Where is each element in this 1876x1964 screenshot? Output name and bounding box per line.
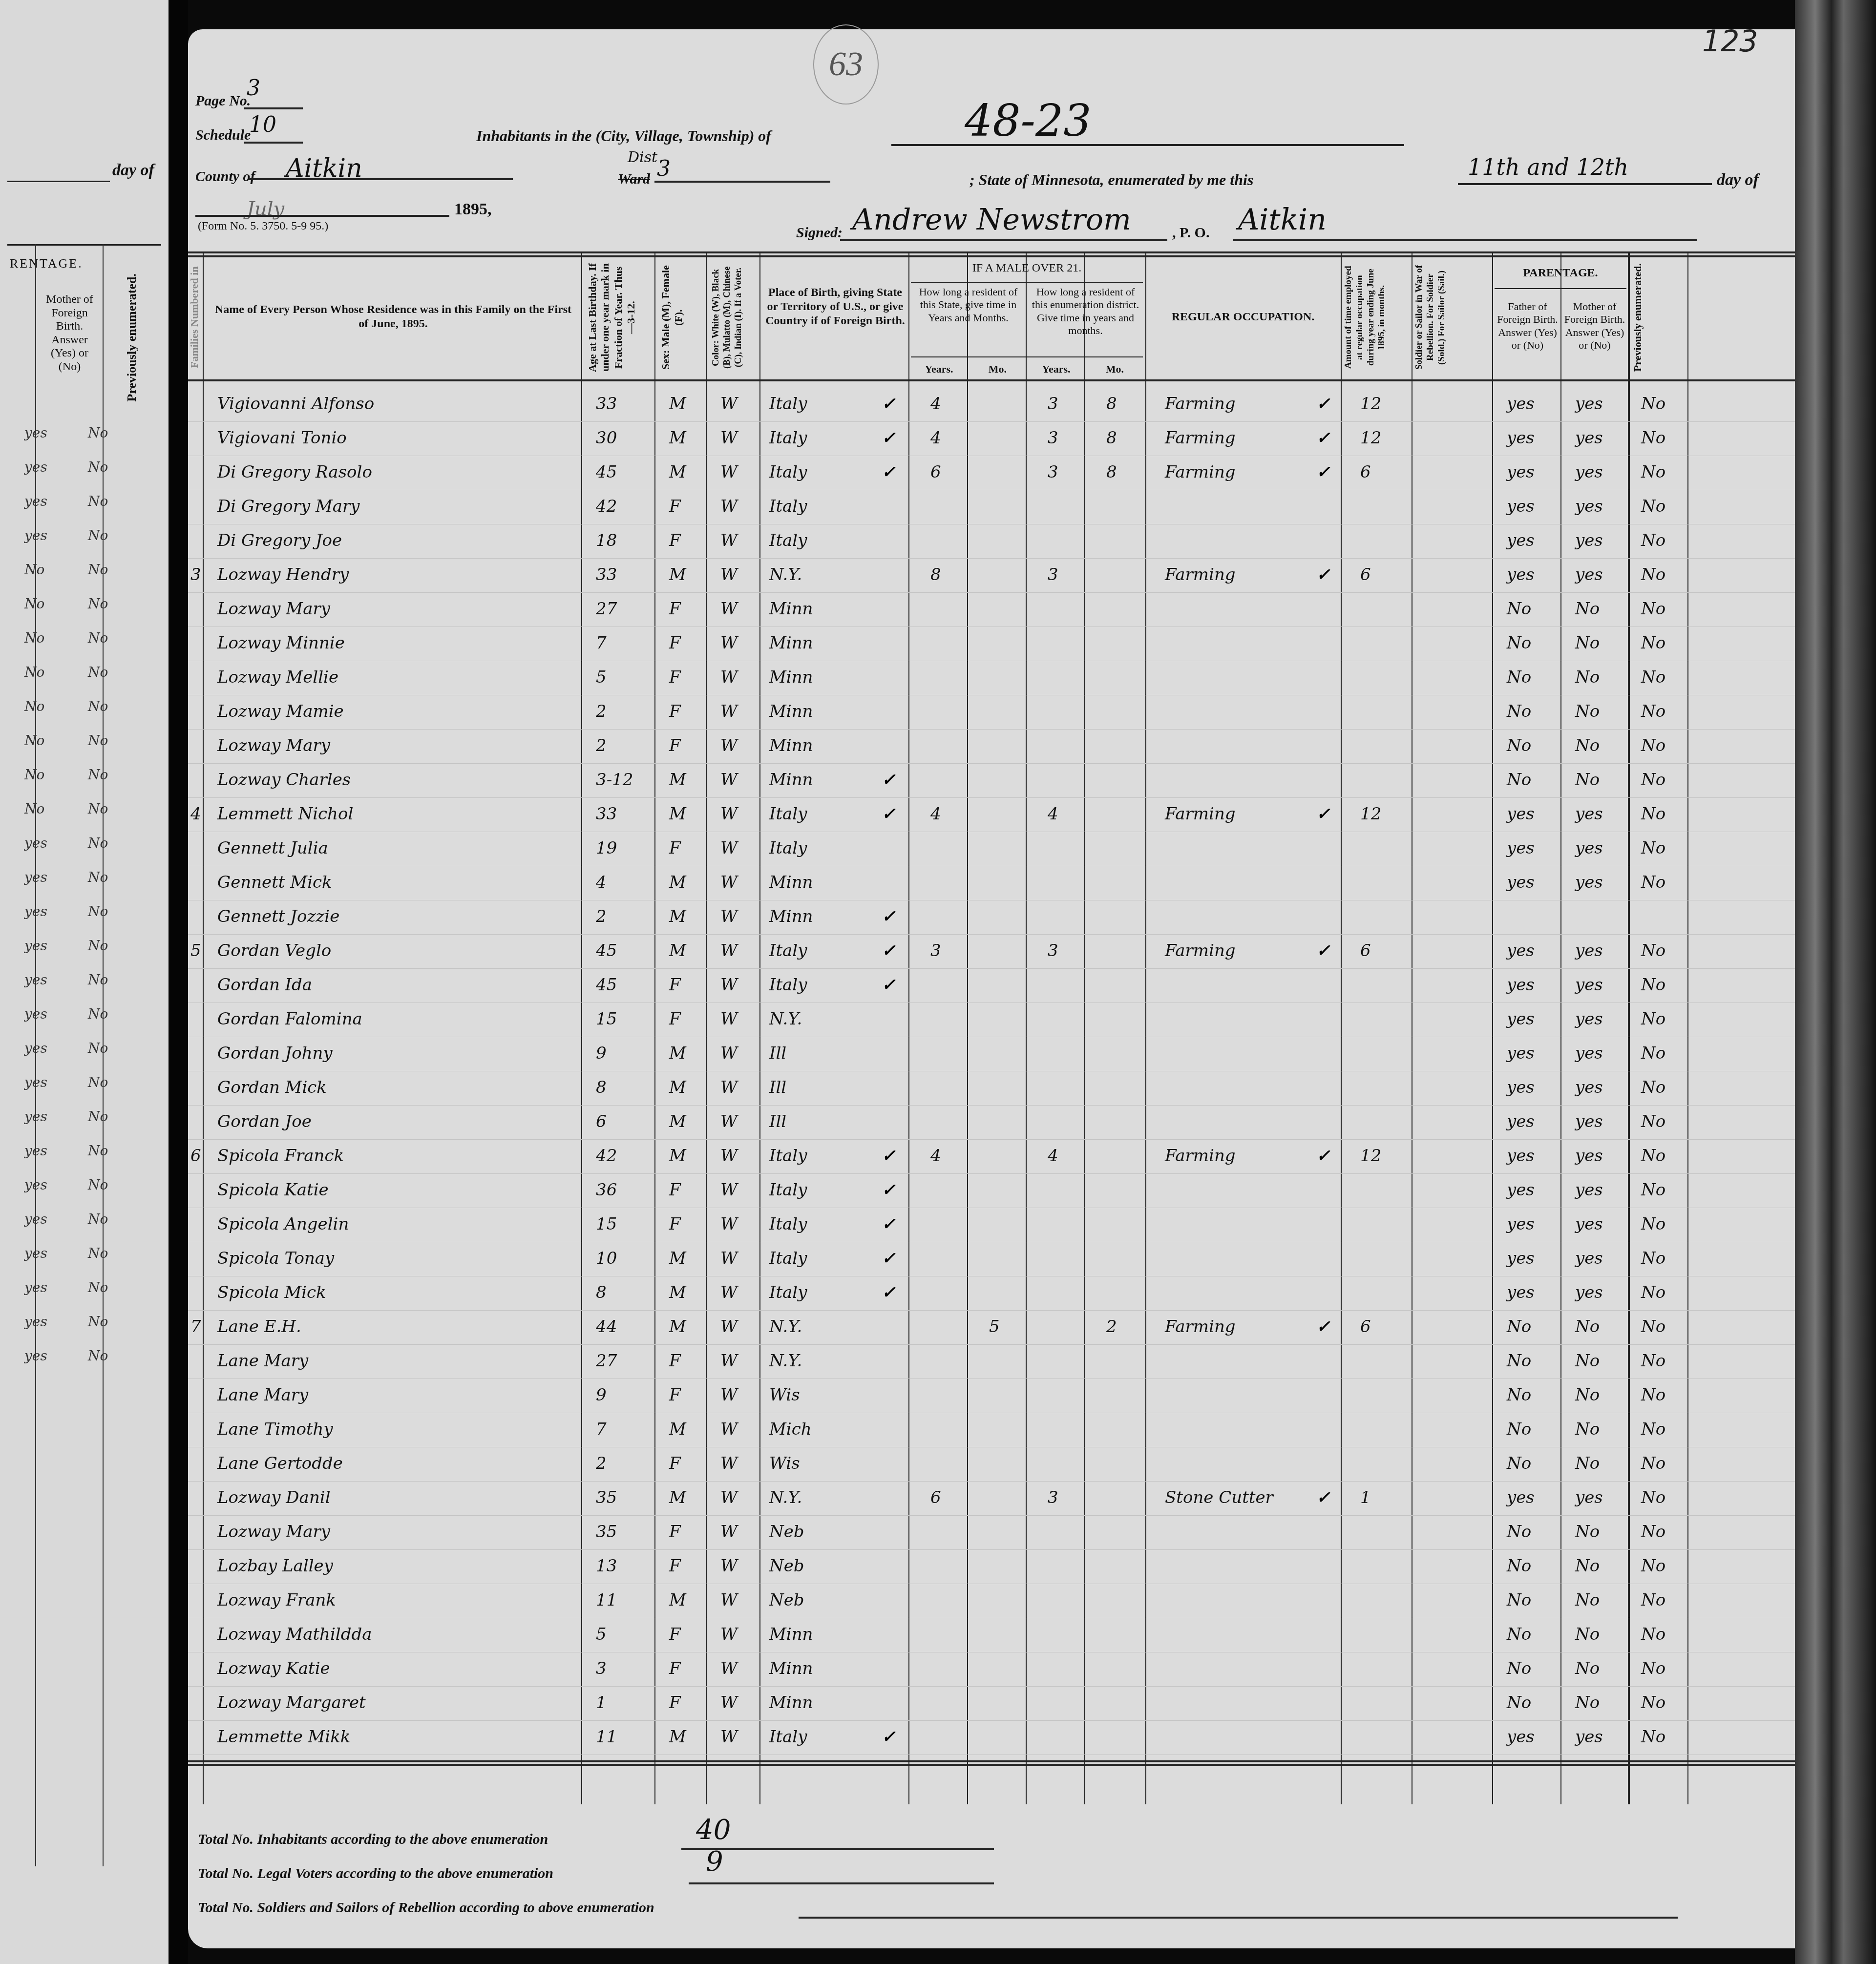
birthplace: Minn	[769, 632, 813, 654]
total-inhabitants-label: Total No. Inhabitants according to the a…	[198, 1831, 548, 1848]
previously-enumerated-header: Previously enumerated.	[1631, 261, 1685, 374]
father-foreign-birth: yes	[1507, 1282, 1535, 1304]
previously-enumerated: No	[78, 801, 142, 835]
birthplace: Italy	[769, 427, 807, 449]
previously-enumerated: No	[78, 1348, 142, 1382]
district-years-header: Years.	[1028, 363, 1084, 376]
previously-enumerated: No	[1641, 1624, 1665, 1646]
father-foreign-birth: No	[1507, 1589, 1531, 1611]
voter-mark: ✓	[882, 1726, 896, 1748]
district-years: 3	[1048, 940, 1058, 962]
total-voters-label: Total No. Legal Voters according to the …	[198, 1865, 553, 1882]
age: 8	[596, 1077, 607, 1099]
mother-foreign-birth: yes	[1575, 974, 1603, 996]
mother-foreign-birth: No	[15, 801, 78, 835]
previously-enumerated: No	[1641, 1658, 1665, 1680]
previously-enumerated: No	[1641, 1350, 1665, 1372]
mother-foreign-birth: yes	[15, 1348, 78, 1382]
sex: F	[669, 735, 681, 757]
birthplace: Wis	[769, 1384, 800, 1406]
previously-enumerated: No	[1641, 1248, 1665, 1270]
color: W	[720, 1726, 738, 1748]
ruled-line	[188, 1276, 1795, 1276]
previously-enumerated: No	[78, 938, 142, 972]
sex: F	[669, 598, 681, 620]
father-foreign-birth: yes	[1507, 496, 1535, 518]
ruled-line	[188, 1003, 1795, 1003]
person-name: Spicola Mick	[217, 1282, 326, 1304]
ruled-line	[188, 832, 1795, 832]
table-row: Di Gregory Mary42FWItalyyesyesNo	[188, 496, 1795, 518]
previous-page-row: yesNo	[15, 1143, 161, 1177]
district-months-header: Mo.	[1087, 363, 1143, 376]
color: W	[720, 1555, 738, 1577]
month-line	[195, 215, 449, 217]
mother-foreign-birth: yes	[1575, 1008, 1603, 1030]
mother-foreign-birth: No	[15, 767, 78, 801]
person-name: Lemmette Mikk	[217, 1726, 350, 1748]
color: W	[720, 906, 738, 928]
previously-enumerated: No	[78, 1006, 142, 1040]
previous-page-row: NoNo	[15, 664, 161, 698]
previous-page-row: NoNo	[15, 801, 161, 835]
color: W	[720, 1521, 738, 1543]
table-row: Lozway Mellie5FWMinnNoNoNo	[188, 667, 1795, 689]
person-name: Gennett Jozzie	[217, 906, 339, 928]
previously-enumerated: No	[78, 1314, 142, 1348]
sex: M	[669, 906, 686, 928]
age: 2	[596, 701, 607, 723]
mother-foreign-birth: yes	[1575, 496, 1603, 518]
person-name: Lane Mary	[217, 1384, 308, 1406]
ruled-line	[188, 1310, 1795, 1311]
days-line	[1458, 183, 1712, 185]
person-name: Lozway Mathildda	[217, 1624, 372, 1646]
inhabitants-label: Inhabitants in the (City, Village, Towns…	[476, 127, 771, 145]
previous-page-row: yesNo	[15, 835, 161, 869]
mother-foreign-birth: No	[15, 732, 78, 767]
person-name: Gordan Johny	[217, 1043, 333, 1065]
family-number: 4	[190, 803, 201, 825]
birthplace: Minn	[769, 769, 813, 791]
age: 1	[596, 1692, 607, 1714]
color: W	[720, 496, 738, 518]
age: 10	[596, 1248, 617, 1270]
district-years: 3	[1048, 564, 1058, 586]
birthplace: Ill	[769, 1111, 786, 1133]
ruled-line	[188, 1549, 1795, 1550]
birthplace: Italy	[769, 1726, 807, 1748]
ruled-line	[188, 1105, 1795, 1106]
voter-mark: ✓	[882, 803, 896, 825]
birthplace: Minn	[769, 667, 813, 689]
mother-foreign-birth: yes	[1575, 837, 1603, 859]
table-row: Lane Gertodde2FWWisNoNoNo	[188, 1453, 1795, 1475]
ruled-line	[188, 1037, 1795, 1037]
person-name: Lozway Katie	[217, 1658, 330, 1680]
table-row: 5Gordan Veglo45MWItaly✓33Farming✓6yesyes…	[188, 940, 1795, 962]
previously-enumerated: No	[1641, 1692, 1665, 1714]
ruled-line	[188, 456, 1795, 456]
ruled-line	[188, 1618, 1795, 1618]
state-years-header: Years.	[911, 363, 967, 376]
state-years: 3	[930, 940, 941, 962]
previously-enumerated: No	[1641, 1487, 1665, 1509]
mother-foreign-birth: yes	[1575, 1179, 1603, 1201]
occupation-mark: ✓	[1316, 1487, 1330, 1509]
color: W	[720, 1043, 738, 1065]
person-name: Lozway Mary	[217, 598, 330, 620]
voter-mark: ✓	[882, 940, 896, 962]
birthplace: Italy	[769, 1282, 807, 1304]
mother-foreign-birth: yes	[1575, 1043, 1603, 1065]
sex: F	[669, 1179, 681, 1201]
mother-foreign-birth: No	[15, 630, 78, 664]
voter-mark: ✓	[882, 427, 896, 449]
birthplace: N.Y.	[769, 1350, 802, 1372]
schedule-value: 10	[249, 112, 276, 137]
father-foreign-birth: No	[1507, 1624, 1531, 1646]
person-name: Lozway Mary	[217, 735, 330, 757]
age: 42	[596, 1145, 617, 1167]
table-row: Gordan Johny9MWIllyesyesNo	[188, 1043, 1795, 1065]
father-foreign-birth: yes	[1507, 564, 1535, 586]
mother-foreign-birth: No	[1575, 1419, 1600, 1441]
sex: F	[669, 667, 681, 689]
table-row: Gordan Mick8MWIllyesyesNo	[188, 1077, 1795, 1099]
color: W	[720, 872, 738, 894]
previous-page-row: yesNo	[15, 1074, 161, 1108]
previously-enumerated: No	[1641, 1419, 1665, 1441]
age: 13	[596, 1555, 617, 1577]
ruled-line	[188, 1173, 1795, 1174]
mother-foreign-birth: yes	[15, 527, 78, 562]
father-foreign-birth: yes	[1507, 803, 1535, 825]
previous-page-row: yesNo	[15, 1108, 161, 1143]
district-years: 3	[1048, 427, 1058, 449]
mother-foreign-birth: No	[1575, 701, 1600, 723]
mother-foreign-birth-header: Mother of Foreign Birth. Answer (Yes) or…	[39, 293, 100, 374]
ruled-line	[188, 866, 1795, 866]
previously-enumerated: No	[78, 1279, 142, 1314]
mother-foreign-birth: No	[1575, 735, 1600, 757]
color: W	[720, 1692, 738, 1714]
occupation: Farming	[1165, 803, 1236, 825]
birthplace: Italy	[769, 837, 807, 859]
county-line	[249, 178, 513, 180]
sex: F	[669, 632, 681, 654]
sex: F	[669, 837, 681, 859]
father-foreign-birth: No	[1507, 632, 1531, 654]
mother-foreign-birth: yes	[1575, 1726, 1603, 1748]
table-bottom-rule-2	[188, 1764, 1795, 1766]
age: 44	[596, 1316, 617, 1338]
mother-header: Mother of Foreign Birth. Answer (Yes) or…	[1563, 300, 1626, 352]
mother-foreign-birth: yes	[15, 1040, 78, 1074]
age: 19	[596, 837, 617, 859]
previous-page-row: yesNo	[15, 1211, 161, 1245]
ruled-line	[188, 1584, 1795, 1584]
person-name: Lozway Danil	[217, 1487, 331, 1509]
months-employed: 1	[1360, 1487, 1371, 1509]
person-name: Lozway Mamie	[217, 701, 344, 723]
ward-struck-note: Dist	[628, 149, 657, 166]
table-row: Lane Timothy7MWMichNoNoNo	[188, 1419, 1795, 1441]
ruled-line	[188, 968, 1795, 969]
birthplace: Neb	[769, 1521, 804, 1543]
previous-page-cells: yesNoyesNoyesNoyesNoNoNoNoNoNoNoNoNoNoNo…	[15, 425, 161, 1382]
months-employed: 6	[1360, 564, 1371, 586]
table-row: Lozway Danil35MWN.Y.63Stone Cutter✓1yesy…	[188, 1487, 1795, 1509]
previously-enumerated: No	[78, 664, 142, 698]
occupation-header: REGULAR OCCUPATION.	[1148, 310, 1338, 324]
age: 45	[596, 940, 617, 962]
father-foreign-birth: yes	[1507, 1248, 1535, 1270]
birthplace: Minn	[769, 735, 813, 757]
ruled-line	[188, 627, 1795, 627]
age: 5	[596, 1624, 607, 1646]
family-number: 5	[190, 940, 201, 962]
sex: M	[669, 1282, 686, 1304]
sex: M	[669, 393, 686, 415]
previously-enumerated-header: Previously enumerated.	[125, 273, 139, 401]
family-number: 6	[190, 1145, 201, 1167]
previously-enumerated: No	[1641, 1213, 1665, 1235]
previously-enumerated: No	[1641, 1282, 1665, 1304]
sex: M	[669, 1145, 686, 1167]
father-foreign-birth: yes	[1507, 1213, 1535, 1235]
ruled-line	[188, 1139, 1795, 1140]
birthplace: Wis	[769, 1453, 800, 1475]
birthplace: Italy	[769, 530, 807, 552]
table-row: 7Lane E.H.44MWN.Y.52Farming✓6NoNoNo	[188, 1316, 1795, 1338]
mother-foreign-birth: yes	[15, 1143, 78, 1177]
person-name: Gordan Joe	[217, 1111, 312, 1133]
table-row: Spicola Mick8MWItaly✓yesyesNo	[188, 1282, 1795, 1304]
previously-enumerated: No	[78, 596, 142, 630]
father-foreign-birth: yes	[1507, 1726, 1535, 1748]
mother-foreign-birth: yes	[1575, 1248, 1603, 1270]
mother-foreign-birth: yes	[1575, 872, 1603, 894]
birthplace: Italy	[769, 1145, 807, 1167]
parentage-header-fragment: RENTAGE.	[10, 256, 83, 271]
previously-enumerated: No	[1641, 1555, 1665, 1577]
mother-foreign-birth: yes	[1575, 427, 1603, 449]
age: 2	[596, 906, 607, 928]
state-months-header: Mo.	[970, 363, 1026, 376]
person-name: Lane Mary	[217, 1350, 308, 1372]
mother-foreign-birth: No	[1575, 769, 1600, 791]
subheader-rule	[911, 356, 1143, 357]
signed-label: Signed:	[796, 225, 843, 241]
schedule-label: Schedule	[195, 127, 251, 144]
state-years: 6	[930, 461, 941, 483]
mother-foreign-birth: yes	[15, 903, 78, 938]
sex: M	[669, 1589, 686, 1611]
person-name: Lozway Charles	[217, 769, 351, 791]
person-name: Gordan Mick	[217, 1077, 327, 1099]
previously-enumerated: No	[78, 972, 142, 1006]
table-row: Lozway Minnie7FWMinnNoNoNo	[188, 632, 1795, 655]
father-foreign-birth: No	[1507, 1453, 1531, 1475]
father-foreign-birth: No	[1507, 1555, 1531, 1577]
previously-enumerated: No	[78, 425, 142, 459]
table-row: Lozbay Lalley13FWNebNoNoNo	[188, 1555, 1795, 1578]
district-years: 3	[1048, 461, 1058, 483]
table-row: 3Lozway Hendry33MWN.Y.83Farming✓6yesyesN…	[188, 564, 1795, 586]
person-name: Lozway Mary	[217, 1521, 330, 1543]
previous-page-row: yesNo	[15, 1040, 161, 1074]
color: W	[720, 564, 738, 586]
person-name: Lane Gertodde	[217, 1453, 343, 1475]
ruled-line	[188, 1344, 1795, 1345]
previously-enumerated: No	[1641, 1179, 1665, 1201]
previously-enumerated: No	[78, 1074, 142, 1108]
ruled-line	[188, 1413, 1795, 1413]
sex: F	[669, 1624, 681, 1646]
person-name: Lozway Frank	[217, 1589, 336, 1611]
township-value: 48-23	[965, 95, 1091, 146]
father-foreign-birth: No	[1507, 769, 1531, 791]
table-row: Lane Mary27FWN.Y.NoNoNo	[188, 1350, 1795, 1373]
table-row: Gennett Julia19FWItalyyesyesNo	[188, 837, 1795, 860]
previous-page-row: NoNo	[15, 630, 161, 664]
birthplace: Minn	[769, 598, 813, 620]
father-foreign-birth: No	[1507, 735, 1531, 757]
previously-enumerated: No	[1641, 667, 1665, 689]
mother-foreign-birth: yes	[15, 835, 78, 869]
color: W	[720, 1384, 738, 1406]
previously-enumerated: No	[1641, 1077, 1665, 1099]
age: 42	[596, 496, 617, 518]
previously-enumerated: No	[78, 493, 142, 527]
total-soldiers-line	[799, 1917, 1678, 1919]
district-years: 4	[1048, 803, 1058, 825]
enumerated-days: 11th and 12th	[1468, 154, 1628, 180]
table-row: Vigiovani Tonio30MWItaly✓438Farming✓12ye…	[188, 427, 1795, 450]
birthplace: Italy	[769, 940, 807, 962]
corner-page-number: 123	[1702, 24, 1758, 59]
mother-foreign-birth: No	[1575, 1350, 1600, 1372]
previously-enumerated: No	[1641, 1043, 1665, 1065]
sex: F	[669, 496, 681, 518]
total-inhabitants-value: 40	[696, 1814, 731, 1846]
table-row: Lozway Katie3FWMinnNoNoNo	[188, 1658, 1795, 1680]
sex: F	[669, 1658, 681, 1680]
father-foreign-birth: No	[1507, 1419, 1531, 1441]
color: W	[720, 427, 738, 449]
ruled-line	[188, 1071, 1795, 1071]
day-of-label: day of	[1717, 171, 1759, 189]
district-months: 2	[1106, 1316, 1117, 1338]
previously-enumerated: No	[1641, 1726, 1665, 1748]
district-years: 4	[1048, 1145, 1058, 1167]
previously-enumerated: No	[78, 767, 142, 801]
months-employed: 12	[1360, 803, 1381, 825]
previously-enumerated: No	[1641, 1145, 1665, 1167]
age: 11	[596, 1726, 617, 1748]
occupation-mark: ✓	[1316, 564, 1330, 586]
previously-enumerated: No	[1641, 530, 1665, 552]
table-row: 6Spicola Franck42MWItaly✓44Farming✓12yes…	[188, 1145, 1795, 1168]
table-row: 4Lemmett Nichol33MWItaly✓44Farming✓12yes…	[188, 803, 1795, 826]
sex: M	[669, 1316, 686, 1338]
table-row: Spicola Tonay10MWItaly✓yesyesNo	[188, 1248, 1795, 1270]
mother-foreign-birth: No	[1575, 1521, 1600, 1543]
district-years: 3	[1048, 393, 1058, 415]
person-name: Lozway Margaret	[217, 1692, 366, 1714]
book-binding-edge	[1795, 0, 1876, 1964]
table-row: Lemmette Mikk11MWItaly✓yesyesNo	[188, 1726, 1795, 1749]
voter-mark: ✓	[882, 1179, 896, 1201]
sex: M	[669, 427, 686, 449]
mother-foreign-birth: No	[15, 664, 78, 698]
father-foreign-birth: No	[1507, 667, 1531, 689]
previously-enumerated: No	[78, 630, 142, 664]
birthplace: Italy	[769, 393, 807, 415]
district-years: 3	[1048, 1487, 1058, 1509]
mother-foreign-birth: No	[1575, 632, 1600, 654]
age-header: Age at Last Birthday. If under one year …	[586, 261, 650, 374]
father-foreign-birth: yes	[1507, 1077, 1535, 1099]
age: 11	[596, 1589, 617, 1611]
mother-foreign-birth: No	[1575, 1692, 1600, 1714]
enumerator-signature: Andrew Newstrom	[852, 203, 1131, 237]
previously-enumerated: No	[78, 1245, 142, 1279]
voter-mark: ✓	[882, 1248, 896, 1270]
mother-foreign-birth: No	[1575, 1555, 1600, 1577]
mother-foreign-birth: yes	[15, 1177, 78, 1211]
state-years: 4	[930, 427, 941, 449]
age: 15	[596, 1008, 617, 1030]
previous-page-row: yesNo	[15, 527, 161, 562]
previously-enumerated: No	[1641, 393, 1665, 415]
person-name: Lozway Mellie	[217, 667, 338, 689]
previously-enumerated: No	[78, 459, 142, 493]
male-over-21-header: IF A MALE OVER 21.	[911, 261, 1143, 275]
previously-enumerated: No	[1641, 564, 1665, 586]
color: W	[720, 667, 738, 689]
table-row: Gennett Jozzie2MWMinn✓	[188, 906, 1795, 928]
previous-page-row: yesNo	[15, 903, 161, 938]
birthplace: Minn	[769, 872, 813, 894]
family-number: 7	[190, 1316, 201, 1338]
age: 9	[596, 1043, 607, 1065]
ruled-line	[188, 592, 1795, 593]
age: 2	[596, 1453, 607, 1475]
person-name: Di Gregory Joe	[217, 530, 342, 552]
table-row: Gennett Mick4MWMinnyesyesNo	[188, 872, 1795, 894]
state-years: 8	[930, 564, 941, 586]
birthplace: Mich	[769, 1419, 812, 1441]
previously-enumerated: No	[1641, 940, 1665, 962]
person-name: Gordan Veglo	[217, 940, 331, 962]
previous-page-row: yesNo	[15, 425, 161, 459]
mother-foreign-birth: No	[1575, 1589, 1600, 1611]
birthplace: Minn	[769, 1692, 813, 1714]
voter-mark: ✓	[882, 1145, 896, 1167]
color: W	[720, 769, 738, 791]
father-header: Father of Foreign Birth. Answer (Yes) or…	[1495, 300, 1560, 352]
previous-page-row: yesNo	[15, 1314, 161, 1348]
resident-state-header: How long a resident of this State, give …	[911, 286, 1026, 324]
sex: F	[669, 1213, 681, 1235]
age: 30	[596, 427, 617, 449]
sex: F	[669, 974, 681, 996]
color: W	[720, 1350, 738, 1372]
previous-page-fragment: day of RENTAGE. Mother of Foreign Birth.…	[0, 0, 169, 1964]
father-foreign-birth: yes	[1507, 1111, 1535, 1133]
